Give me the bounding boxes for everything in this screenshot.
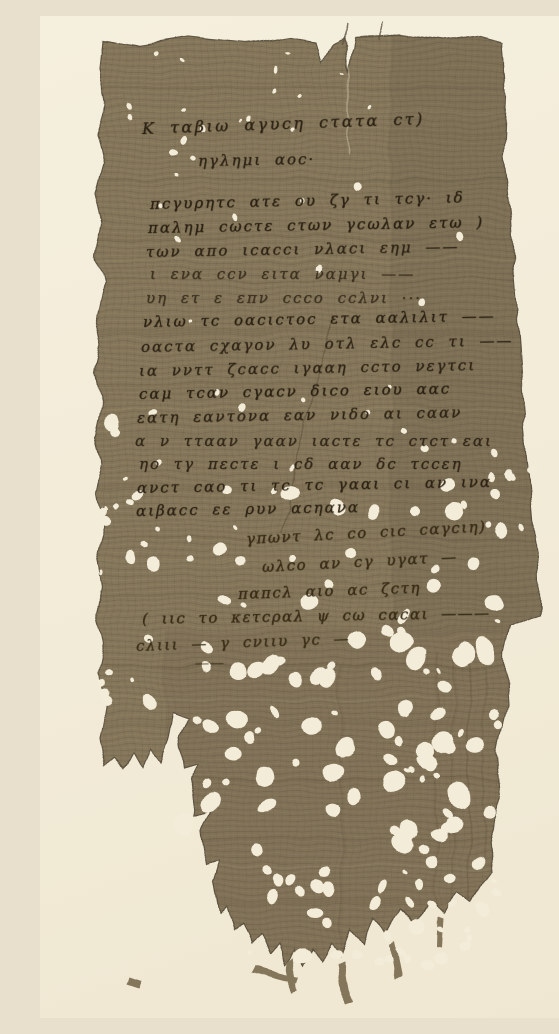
- papyrus-hole: [244, 950, 252, 957]
- papyrus-hole: [403, 951, 413, 962]
- papyrus-hole: [439, 820, 453, 831]
- papyrus-photograph: Κ ταβιω αγυϲη ϲτατα ϲτ)ηγλημι αοϲ·πϲγυρη…: [40, 16, 559, 1018]
- papyrus-hole: [349, 947, 362, 959]
- papyrus-fragment: [90, 23, 550, 1016]
- papyrus-hole: [460, 940, 473, 951]
- papyrus-hole: [466, 933, 472, 942]
- papyrus-fragment-graphic: [40, 16, 559, 1018]
- papyrus-hole: [372, 954, 384, 965]
- papyrus-hole: [472, 902, 492, 921]
- papyrus-hole: [491, 877, 499, 883]
- papyrus-hole: [464, 926, 472, 933]
- papyrus-hole: [420, 957, 437, 972]
- papyrus-hole: [490, 887, 503, 900]
- papyrus-hole: [434, 949, 451, 965]
